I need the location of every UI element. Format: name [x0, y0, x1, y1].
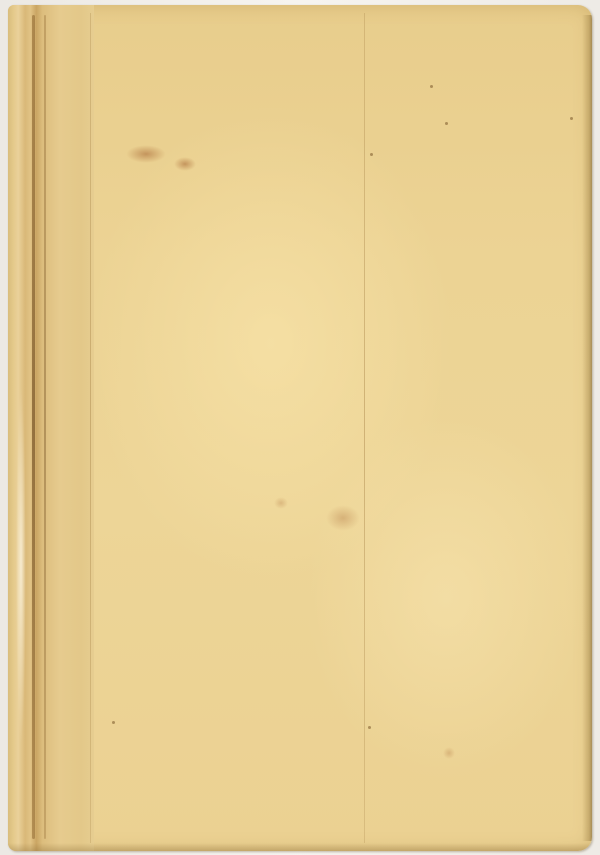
speck	[570, 117, 573, 120]
spine-crack	[32, 15, 35, 839]
fold-line-middle	[364, 13, 365, 843]
stain	[443, 747, 455, 759]
spine-crack	[44, 15, 46, 839]
speck	[370, 153, 373, 156]
speck	[430, 85, 433, 88]
stain	[326, 505, 360, 531]
stain	[126, 145, 166, 163]
bottom-edge-shadow	[8, 843, 592, 851]
stain	[174, 157, 196, 171]
book-spine	[8, 5, 94, 851]
speck	[445, 122, 448, 125]
book-cover	[8, 5, 592, 851]
spine-wear	[16, 385, 26, 745]
speck	[112, 721, 115, 724]
fold-line-left	[90, 13, 91, 843]
right-edge-shadow	[582, 15, 592, 841]
stain	[274, 497, 288, 509]
speck	[368, 726, 371, 729]
